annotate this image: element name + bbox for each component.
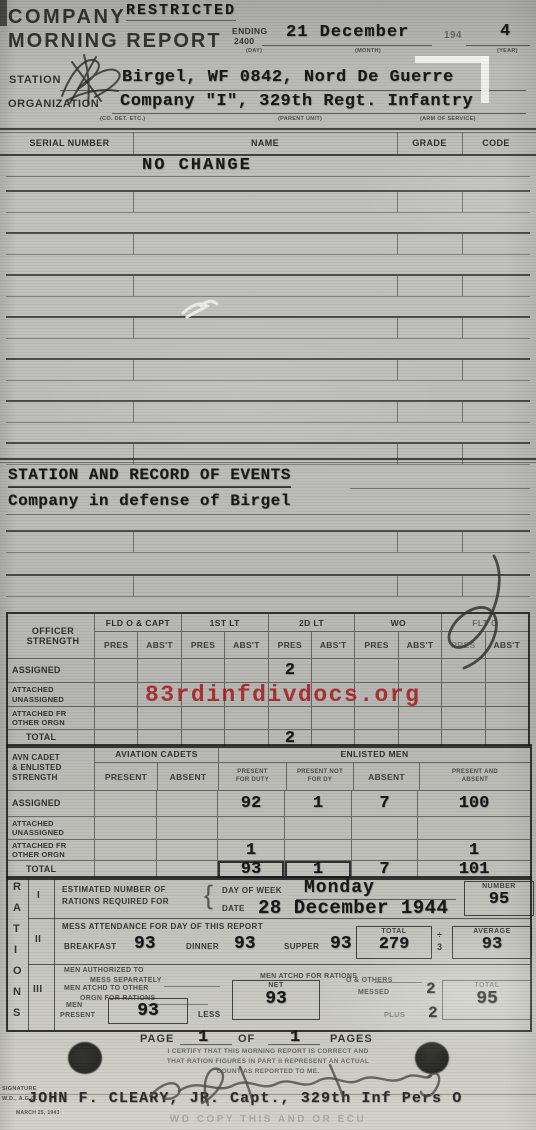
year-caption: (YEAR) (497, 48, 518, 54)
year-value: 4 (500, 22, 510, 41)
pages-label: PAGES (330, 1033, 373, 1045)
enlisted-row-assigned: ASSIGNED 92 1 7 100 (8, 790, 530, 816)
mess-average-box: AVERAGE 93 (452, 926, 532, 959)
report-date-value: 21 December (286, 23, 409, 42)
plus-label: PLUS (384, 1010, 405, 1019)
roster-col-code: CODE (462, 132, 530, 154)
officer-group-2d-lt: 2D LT (299, 618, 324, 628)
punch-hole-right (415, 1042, 449, 1074)
organization-label: ORGANIZATION (8, 98, 99, 110)
group-aviation-cadets: AVIATION CADETS (115, 749, 198, 759)
divide-num: 3 (437, 942, 442, 952)
officer-group-1st-lt: 1ST LT (210, 618, 240, 628)
men-present-label: MEN (66, 1002, 82, 1009)
brace: { (204, 880, 213, 911)
form-title-line2: MORNING REPORT (8, 30, 222, 53)
rations-total-box: TOTAL 95 (442, 980, 532, 1020)
supper-label: SUPPER (284, 942, 319, 951)
roster-empty-row (6, 358, 530, 402)
rations-part-iii: III (33, 984, 43, 995)
form-print-signature: SIGNATURE (2, 1086, 37, 1092)
men-authorized-label: MEN AUTHORIZED TO (64, 967, 144, 974)
men-atchd-for-rations-label: MEN ATCHD FOR RATIONS (260, 973, 357, 980)
enlisted-strength-table: AVN CADET & ENLISTED STRENGTH AVIATION C… (6, 744, 532, 880)
station-value: Birgel, WF 0842, Nord De Guerre (122, 68, 454, 87)
breakfast-value: 93 (134, 934, 156, 954)
roster-empty-row (6, 400, 530, 444)
ending-label: ENDING (232, 26, 267, 36)
scan-artifact-bracket-horizontal (415, 56, 489, 63)
scan-edge-mark (0, 0, 7, 26)
arm-of-service-caption: (ARM OF SERVICE) (420, 116, 476, 122)
events-empty-row (6, 530, 530, 576)
website-watermark: 83rdinfdivdocs.org (145, 682, 420, 708)
mess-attendance-label: MESS ATTENDANCE FOR DAY OF THIS REPORT (62, 922, 263, 931)
estimated-rations-label: ESTIMATED NUMBER OF (62, 885, 166, 894)
rations-section: R A T I O N S I II III ESTIMATED NUMBER … (6, 876, 532, 1032)
roster-empty-row (6, 274, 530, 318)
page-label: PAGE (140, 1033, 174, 1045)
enlisted-table-title: AVN CADET (12, 753, 60, 763)
officer-group-wo: WO (391, 618, 406, 628)
officer-table-title: OFFICER (32, 626, 74, 636)
roster-empty-row (6, 190, 530, 234)
restricted-stamp: RESTRICTED (126, 2, 236, 21)
day-of-week-label: DAY OF WEEK (222, 886, 282, 895)
officer-row-attached-fr-other: ATTACHED FR OTHER ORGN (8, 706, 528, 729)
day-of-week-value: Monday (304, 878, 375, 898)
roster-entry-no-change: NO CHANGE (142, 156, 252, 175)
officer-row-assigned: ASSIGNED 2 (8, 658, 528, 682)
parent-unit-caption: (PARENT UNIT) (278, 116, 322, 122)
day-caption: (DAY) (246, 48, 262, 54)
station-label: STATION (9, 74, 61, 86)
mess-total-box: TOTAL 279 (356, 926, 432, 959)
morning-report-scanned-document: COMPANY RESTRICTED MORNING REPORT ENDING… (0, 0, 536, 1130)
scan-artifact-bracket-vertical (481, 56, 489, 103)
form-title-line1: COMPANY (8, 6, 126, 29)
typed-signature-line: JOHN F. CLEARY, JR. Capt., 329th Inf Per… (28, 1090, 462, 1107)
officer-strength-table: OFFICER STRENGTH FLD O & CAPT PRESABS'T … (6, 612, 530, 748)
events-heading: STATION AND RECORD OF EVENTS (8, 466, 291, 488)
roster-empty-row (6, 316, 530, 360)
date-label: DATE (222, 904, 245, 913)
roster-empty-row (6, 232, 530, 276)
co-det-caption: (CO. DET. ETC.) (100, 116, 145, 122)
faint-stamp-text: WD COPY THIS AND OR ECU (0, 1114, 536, 1125)
rations-part-ii: II (35, 934, 41, 945)
dinner-value: 93 (234, 934, 256, 954)
group-enlisted-men: ENLISTED MEN (340, 749, 408, 759)
enlisted-row-attached-unassigned: ATTACHED UNASSIGNED (8, 816, 530, 839)
plus-value: 2 (428, 1004, 438, 1022)
roster-col-name: NAME (133, 132, 398, 154)
enlisted-row-attached-fr-other: ATTACHED FR OTHER ORGN 1 1 (8, 839, 530, 860)
events-entry: Company in defense of Birgel (8, 492, 291, 510)
net-box: NET 93 (232, 980, 320, 1020)
roster-col-grade: GRADE (397, 132, 463, 154)
form-print-wd-ago: W.D., A.G.O. (2, 1096, 37, 1102)
less-label: LESS (198, 1010, 221, 1019)
men-present-box: 93 (108, 998, 188, 1024)
o-and-others-label: O & OTHERS (346, 977, 393, 984)
events-empty-row (6, 574, 530, 614)
messed-value: 2 (426, 980, 436, 998)
supper-value: 93 (330, 934, 352, 954)
rations-letter: R (13, 881, 21, 893)
breakfast-label: BREAKFAST (64, 942, 117, 951)
number-box: NUMBER 95 (464, 881, 534, 916)
station-scribble (62, 55, 120, 104)
year-prefix: 194 (444, 30, 462, 41)
officer-group-flt-o: FLT O (472, 618, 498, 628)
dinner-label: DINNER (186, 942, 219, 951)
of-label: OF (238, 1033, 255, 1045)
officer-group-fld-o-capt: FLD O & CAPT (106, 618, 170, 628)
rations-part-i: I (37, 890, 40, 901)
roster-col-serial: SERIAL NUMBER (6, 132, 134, 154)
divide-sign: ÷ (437, 930, 442, 940)
organization-value: Company "I", 329th Regt. Infantry (120, 92, 473, 111)
month-caption: (MONTH) (355, 48, 381, 54)
punch-hole-left (68, 1042, 102, 1074)
men-atchd-other-label: MEN ATCHD TO OTHER (64, 985, 149, 992)
rations-date-value: 28 December 1944 (258, 897, 448, 919)
ending-time: 2400 (234, 36, 255, 46)
